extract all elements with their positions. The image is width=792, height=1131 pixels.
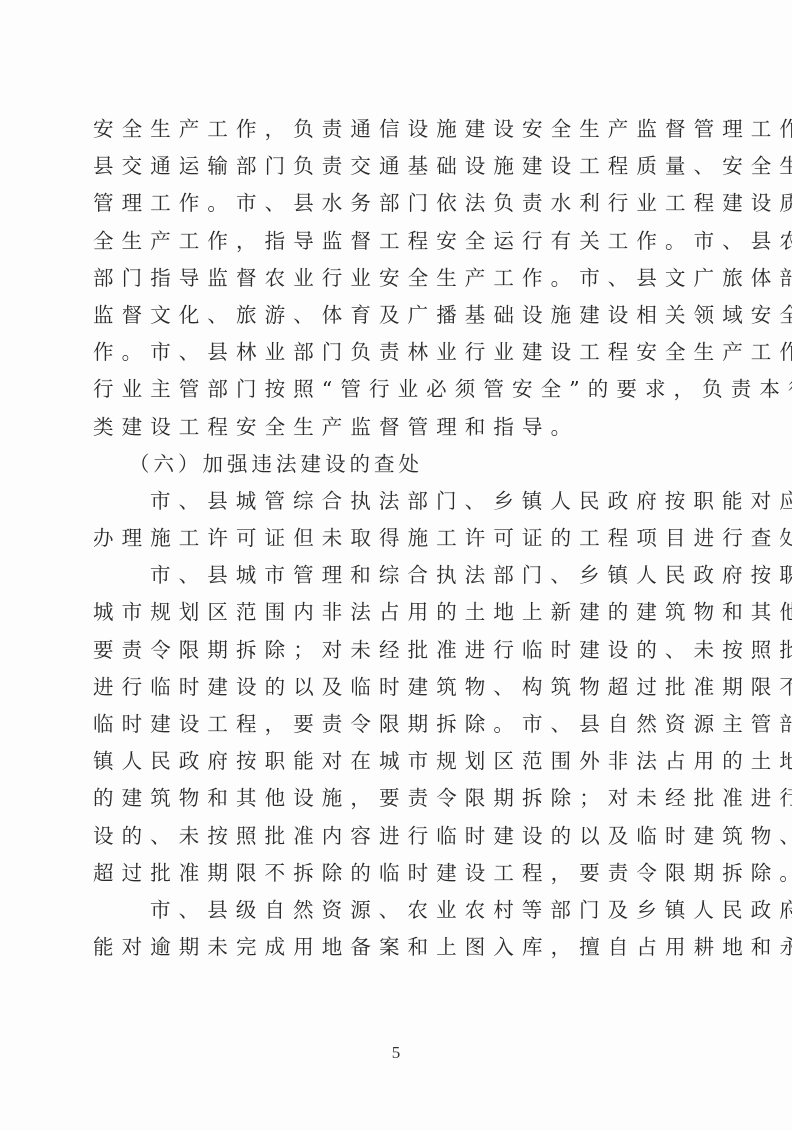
text-line: 能对逾期未完成用地备案和上图入库，擅自占用耕地和永久基本 xyxy=(93,929,699,966)
document-page: 安全生产工作，负责通信设施建设安全生产监督管理工作。市、 县交通运输部门负责交通… xyxy=(0,0,792,1131)
paragraph-first-line: 市、县城管综合执法部门、乡镇人民政府按职能对应当申请 xyxy=(93,483,699,520)
text-line: 要责令限期拆除；对未经批准进行临时建设的、未按照批准内容 xyxy=(93,632,699,669)
text-line: 城市规划区范围内非法占用的土地上新建的建筑物和其他设施， xyxy=(93,594,699,631)
paragraph-first-line: 市、县级自然资源、农业农村等部门及乡镇人民政府要按职 xyxy=(93,892,699,929)
text-line: 作。市、县林业部门负责林业行业建设工程安全生产工作。其他 xyxy=(93,334,699,371)
text-line: 全生产工作，指导监督工程安全运行有关工作。市、县农业农村 xyxy=(93,223,699,260)
text-line: 的建筑物和其他设施，要责令限期拆除；对未经批准进行临时建 xyxy=(93,780,699,817)
paragraph-first-line: 市、县城市管理和综合执法部门、乡镇人民政府按职能对在 xyxy=(93,557,699,594)
section-heading: （六）加强违法建设的查处 xyxy=(93,446,699,483)
text-line: 部门指导监督农业行业安全生产工作。市、县文广旅体部门指导 xyxy=(93,260,699,297)
text-line: 办理施工许可证但未取得施工许可证的工程项目进行查处。 xyxy=(93,520,699,557)
text-line: 进行临时建设的以及临时建筑物、构筑物超过批准期限不拆除的 xyxy=(93,669,699,706)
body-text: 安全生产工作，负责通信设施建设安全生产监督管理工作。市、 县交通运输部门负责交通… xyxy=(93,111,699,966)
text-line: 管理工作。市、县水务部门依法负责水利行业工程建设质量、安 xyxy=(93,185,699,222)
text-line: 类建设工程安全生产监督管理和指导。 xyxy=(93,409,699,446)
text-line: 行业主管部门按照“管行业必须管安全”的要求，负责本行业各 xyxy=(93,371,699,408)
text-line: 镇人民政府按职能对在城市规划区范围外非法占用的土地上新建 xyxy=(93,743,699,780)
page-number: 5 xyxy=(0,1043,792,1063)
text-line: 安全生产工作，负责通信设施建设安全生产监督管理工作。市、 xyxy=(93,111,699,148)
text-line: 设的、未按照批准内容进行临时建设的以及临时建筑物、构筑物 xyxy=(93,818,699,855)
text-line: 超过批准期限不拆除的临时建设工程，要责令限期拆除。 xyxy=(93,855,699,892)
text-line: 临时建设工程，要责令限期拆除。市、县自然资源主管部门、乡 xyxy=(93,706,699,743)
text-line: 县交通运输部门负责交通基础设施建设工程质量、安全生产监督 xyxy=(93,148,699,185)
text-line: 监督文化、旅游、体育及广播基础设施建设相关领域安全生产工 xyxy=(93,297,699,334)
